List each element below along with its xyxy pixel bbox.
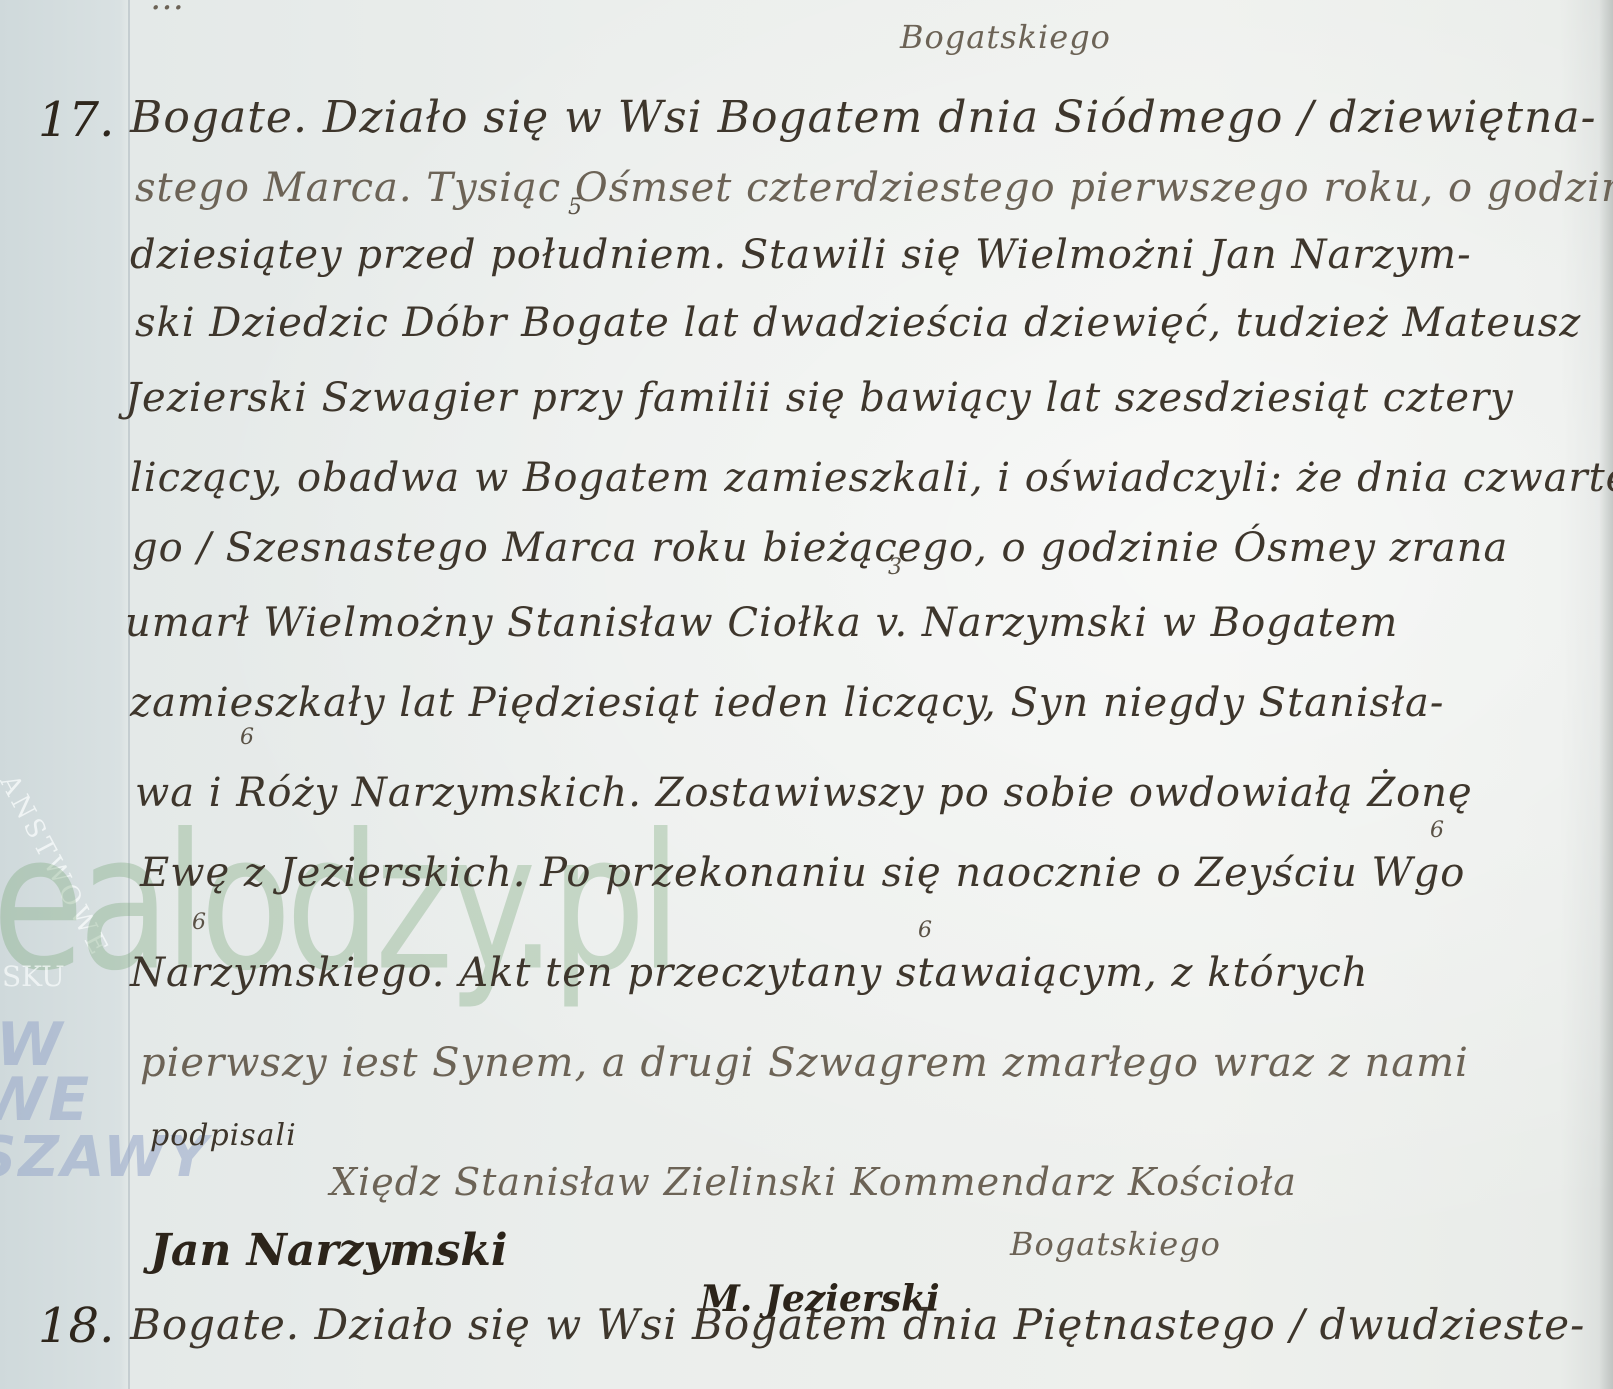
entry-line: liczący, obadwa w Bogatem zamieszkali, i… [130, 455, 1613, 501]
interlinear-annotation: 6 [192, 910, 206, 935]
interlinear-annotation: 6 [240, 725, 254, 750]
signature-witness-1: Jan Narzymski [150, 1225, 508, 1276]
watermark-arc-text: ANSTWOWE [0, 770, 115, 963]
entry-line: go / Szesnastego Marca roku bieżącego, o… [132, 525, 1508, 571]
interlinear-annotation: 5 [568, 195, 582, 220]
entry-number: 18. [38, 1298, 114, 1354]
entry-line: pierwszy iest Synem, a drugi Szwagrem zm… [140, 1040, 1469, 1086]
watermark-lower-text: SKU [2, 960, 65, 993]
interlinear-annotation: 6 [918, 918, 932, 943]
entry-line: Ewę z Jezierskich. Po przekonaniu się na… [140, 850, 1465, 896]
entry-line: Bogate. Działo się w Wsi Bogatem dnia Si… [130, 92, 1597, 143]
entry-line: dziesiątey przed południem. Stawili się … [130, 232, 1472, 278]
entry-line: podpisali [150, 1118, 297, 1153]
entry-line: Bogate. Działo się w Wsi Bogatem dnia Pi… [130, 1300, 1585, 1349]
document-page: ANSTWOWE ealodzy.pl SKU W WE SZAWY … Bog… [0, 0, 1613, 1389]
header-fragment-parish: Bogatskiego [900, 18, 1111, 56]
signature-priest: Xiędz Stanisław Zielinski Kommendarz Koś… [330, 1160, 1297, 1204]
interlinear-annotation: 3 [888, 555, 902, 580]
entry-number: 17. [38, 92, 114, 148]
header-fragment-left: … [150, 0, 185, 18]
entry-line: ski Dziedzic Dóbr Bogate lat dwadzieścia… [135, 300, 1581, 346]
entry-line: stego Marca. Tysiąc Ośmset czterdziesteg… [135, 165, 1613, 211]
interlinear-annotation: 6 [1430, 818, 1444, 843]
entry-line: Jezierski Szwagier przy familii się bawi… [125, 375, 1514, 421]
entry-line: umarł Wielmożny Stanisław Ciołka v. Narz… [125, 600, 1398, 646]
signature-priest-parish: Bogatskiego [1010, 1225, 1221, 1263]
entry-line: zamieszkały lat Piędziesiąt ieden licząc… [130, 680, 1444, 726]
entry-line: wa i Róży Narzymskich. Zostawiwszy po so… [135, 770, 1473, 816]
entry-line: Narzymskiego. Akt ten przeczytany stawai… [130, 950, 1369, 996]
